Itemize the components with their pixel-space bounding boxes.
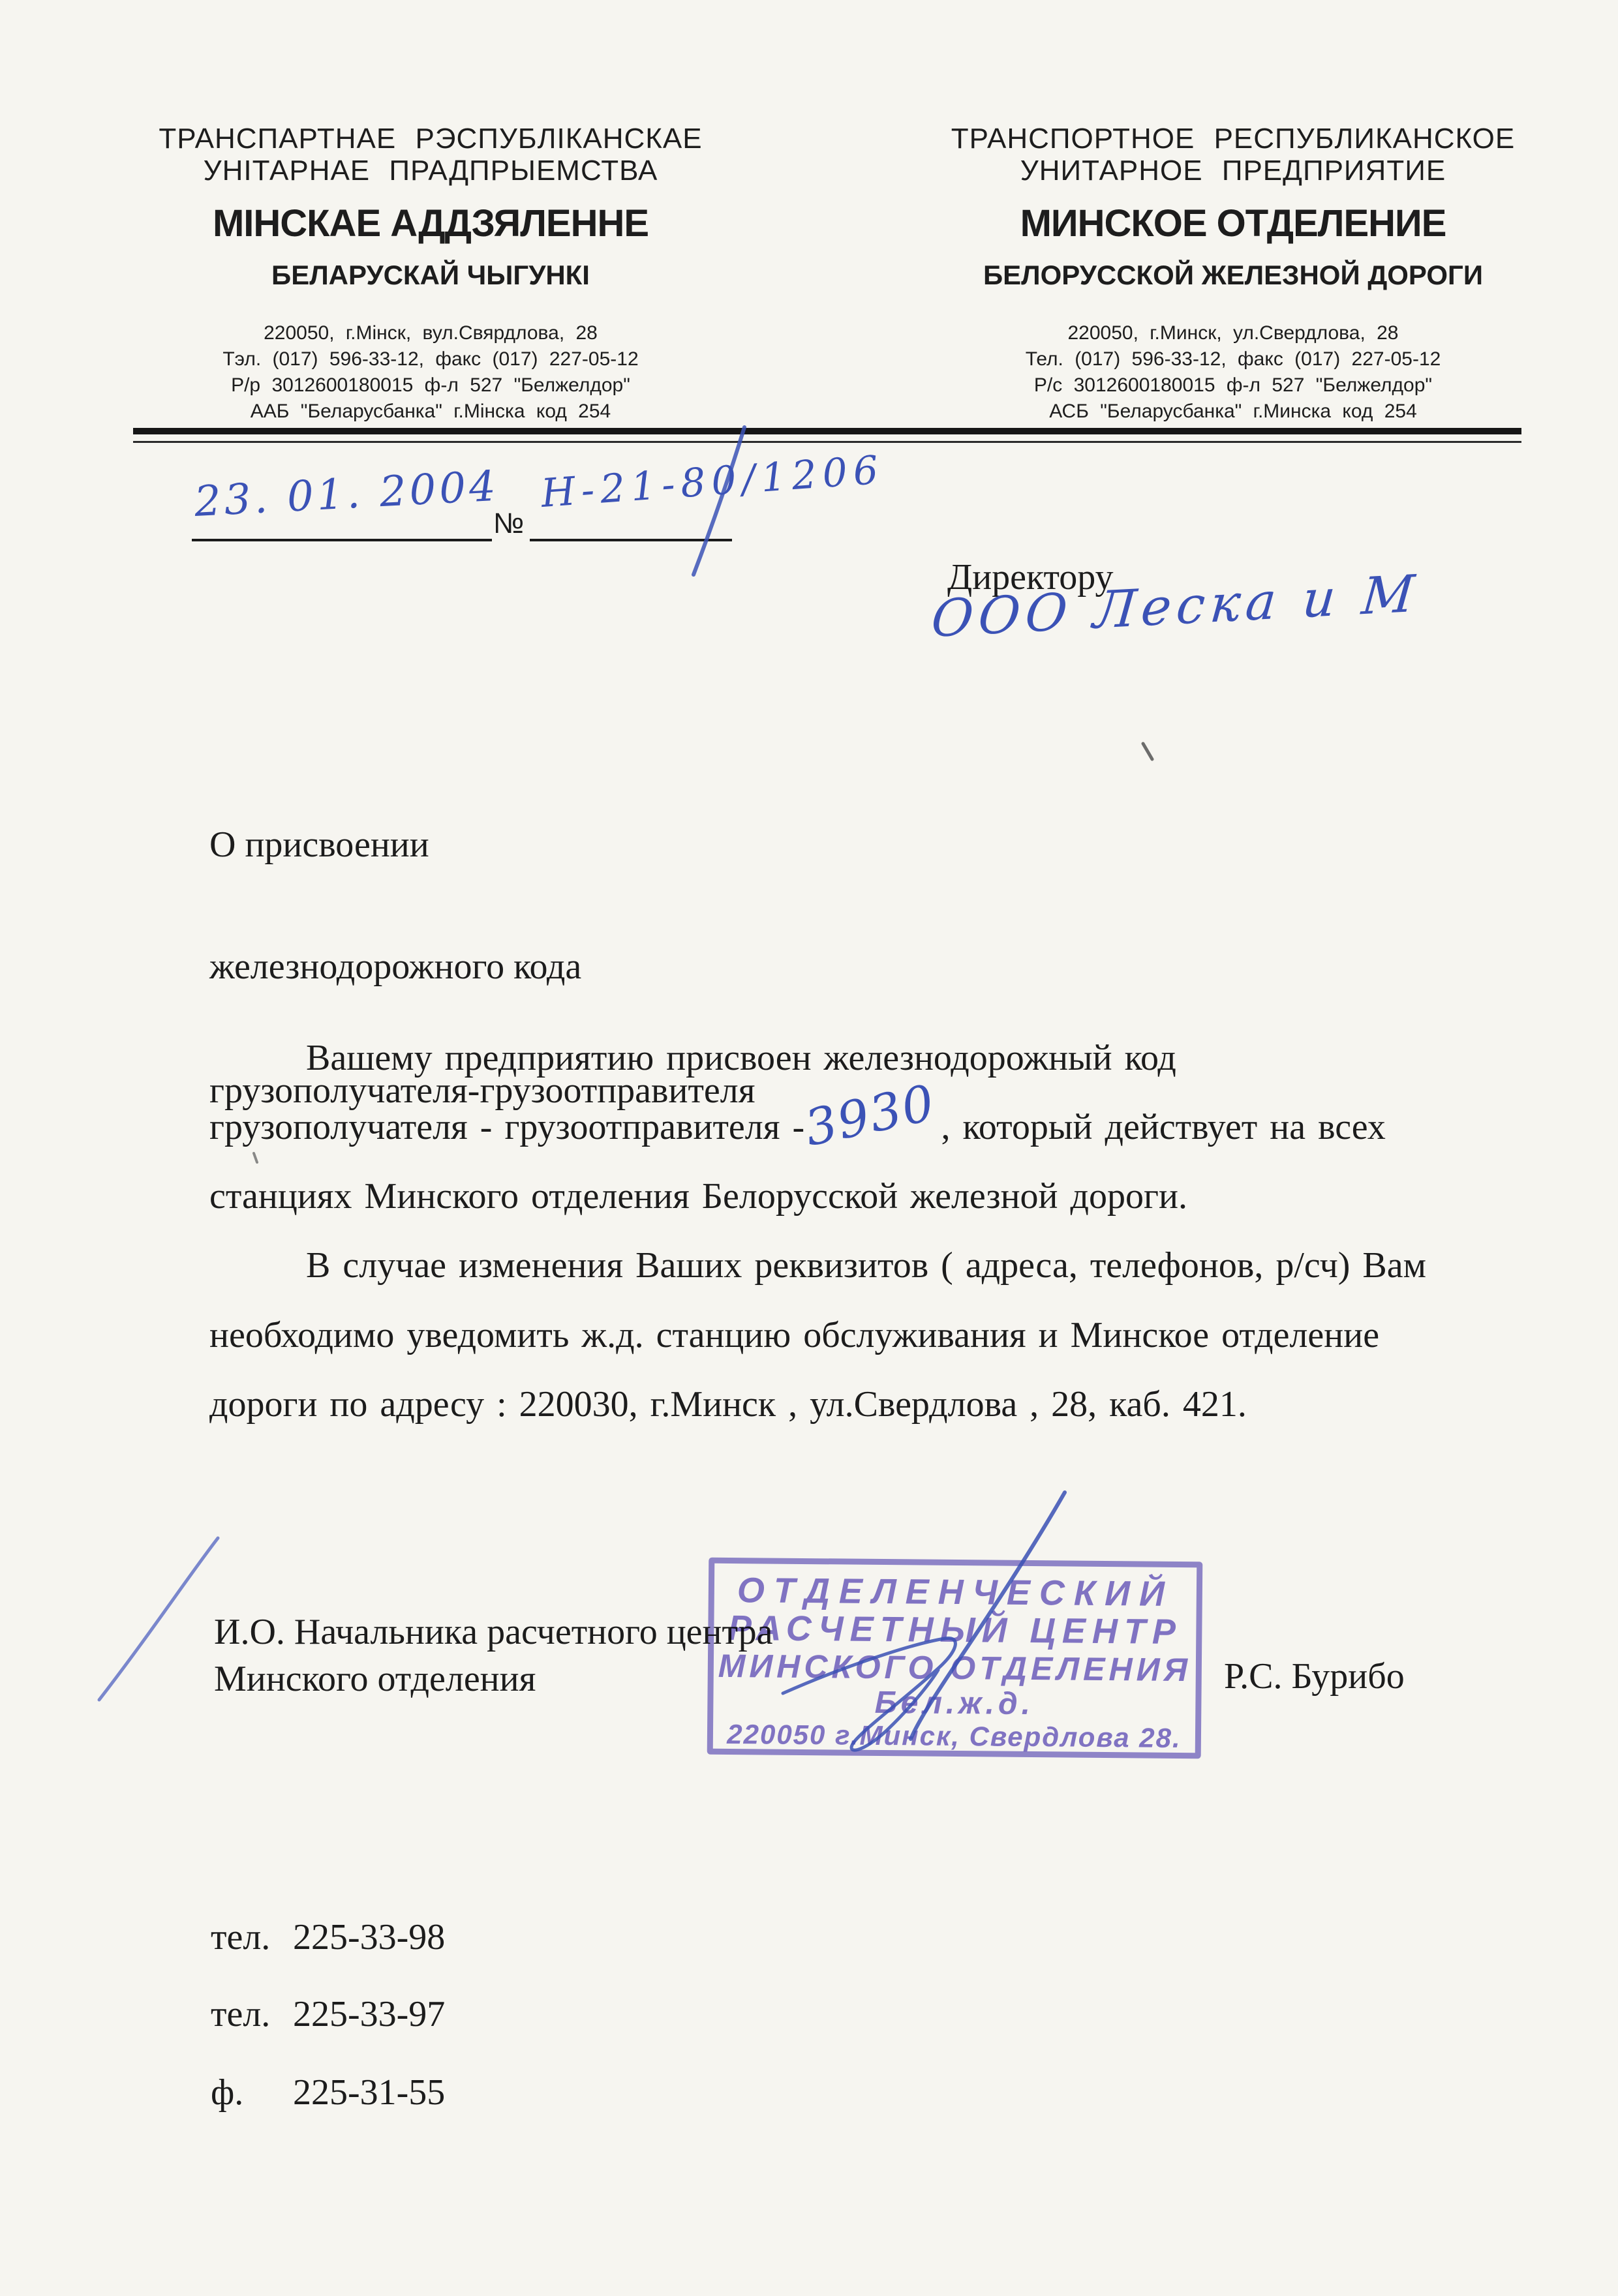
handwritten-ref-number: Н-21-80/1206 bbox=[540, 447, 885, 517]
body-p1-line2: грузополучателя - грузоотправителя -3930… bbox=[209, 1106, 1488, 1148]
handwritten-date: 23. 01. 2004 bbox=[193, 462, 500, 526]
stray-pen-line bbox=[99, 1538, 218, 1700]
letterhead-left-sub-name: БЕЛАРУСКАЙ ЧЫГУНКІ bbox=[144, 260, 718, 291]
scanned-letter-page: ТРАНСПАРТНАЕ РЭСПУБЛІКАНСКАЕ УНІТАРНАЕ П… bbox=[0, 0, 1618, 2296]
body-p1-line1: Вашему предприятию присвоен железнодорож… bbox=[209, 1037, 1585, 1079]
signer-title-line1: И.О. Начальника расчетного центра bbox=[214, 1611, 773, 1653]
date-blank-line bbox=[192, 539, 492, 541]
body-p2-line2: необходимо уведомить ж.д. станцию обслуж… bbox=[209, 1314, 1488, 1356]
ink-speck bbox=[254, 1153, 257, 1162]
contact-phone-2: тел.225-33-97 bbox=[211, 1993, 445, 2035]
letterhead-right-line1: ТРАНСПОРТНОЕ РЕСПУБЛИКАНСКОЕ bbox=[946, 123, 1520, 155]
number-sign: № bbox=[493, 507, 524, 540]
letterhead-left-line2: УНІТАРНАЕ ПРАДПРЫЕМСТВА bbox=[144, 155, 718, 187]
stamp-line-3: МИНСКОГО ОТДЕЛЕНИЯ bbox=[714, 1647, 1196, 1689]
letterhead-right-address-line: Р/с 3012600180015 ф-л 527 "Белжелдор" bbox=[946, 372, 1520, 399]
letterhead-left-address-line: Тэл. (017) 596-33-12, факс (017) 227-05-… bbox=[144, 346, 718, 372]
body-p2-line3: дороги по адресу : 220030, г.Минск , ул.… bbox=[209, 1383, 1488, 1425]
letterhead-left-address-line: Р/р 3012600180015 ф-л 527 "Белжелдор" bbox=[144, 372, 718, 399]
letterhead-divider-thin bbox=[133, 441, 1521, 443]
contact-phone-2-value: 225-33-97 bbox=[293, 1994, 445, 2034]
letterhead-right-address-line: Тел. (017) 596-33-12, факс (017) 227-05-… bbox=[946, 346, 1520, 372]
stamp-line-1: ОТДЕЛЕНЧЕСКИЙ bbox=[714, 1571, 1197, 1613]
office-stamp: ОТДЕЛЕНЧЕСКИЙ РАСЧЕТНЫЙ ЦЕНТР МИНСКОГО О… bbox=[707, 1558, 1203, 1759]
stamp-line-2: РАСЧЕТНЫЙ ЦЕНТР bbox=[714, 1609, 1196, 1651]
contact-fax-label: ф. bbox=[211, 2072, 293, 2113]
body-p1-line2-pre: грузополучателя - грузоотправителя - bbox=[209, 1107, 804, 1147]
letterhead-left-line1: ТРАНСПАРТНАЕ РЭСПУБЛІКАНСКАЕ bbox=[144, 123, 718, 155]
letterhead-left-address: 220050, г.Мінск, вул.Свярдлова, 28 Тэл. … bbox=[144, 320, 718, 425]
body-p1-line2-post: , который действует на всех bbox=[941, 1107, 1386, 1147]
letterhead-divider-thick bbox=[133, 428, 1521, 434]
signer-title-line2: Минского отделения bbox=[214, 1658, 536, 1700]
letterhead-right: ТРАНСПОРТНОЕ РЕСПУБЛИКАНСКОЕ УНИТАРНОЕ П… bbox=[946, 123, 1520, 425]
subject-line-2: железнодорожного кода bbox=[209, 946, 581, 988]
body-p2-line1: В случае изменения Ваших реквизитов ( ад… bbox=[209, 1245, 1585, 1286]
contact-phone-2-label: тел. bbox=[211, 1993, 293, 2035]
letterhead-left-org-name: МІНСКАЕ АДДЗЯЛЕННЕ bbox=[144, 204, 718, 244]
letterhead-left-address-line: ААБ "Беларусбанка" г.Мінска код 254 bbox=[144, 399, 718, 425]
letterhead-left: ТРАНСПАРТНАЕ РЭСПУБЛІКАНСКАЕ УНІТАРНАЕ П… bbox=[144, 123, 718, 425]
stamp-line-4: Бел.ж.д. bbox=[713, 1685, 1195, 1723]
subject-line-1: О присвоении bbox=[209, 824, 429, 866]
contact-fax-value: 225-31-55 bbox=[293, 2072, 445, 2113]
letterhead-right-address-line: 220050, г.Минск, ул.Свердлова, 28 bbox=[946, 320, 1520, 346]
letterhead-left-address-line: 220050, г.Мінск, вул.Свярдлова, 28 bbox=[144, 320, 718, 346]
contact-fax: ф.225-31-55 bbox=[211, 2072, 445, 2113]
letterhead-right-address-line: АСБ "Беларусбанка" г.Минска код 254 bbox=[946, 399, 1520, 425]
letterhead-right-line2: УНИТАРНОЕ ПРЕДПРИЯТИЕ bbox=[946, 155, 1520, 187]
contact-phone-1: тел.225-33-98 bbox=[211, 1916, 445, 1958]
signer-name: Р.С. Бурибо bbox=[1224, 1655, 1405, 1697]
number-blank-line bbox=[530, 539, 732, 541]
contact-phone-1-value: 225-33-98 bbox=[293, 1917, 445, 1957]
letterhead-right-address: 220050, г.Минск, ул.Свердлова, 28 Тел. (… bbox=[946, 320, 1520, 425]
contact-phone-1-label: тел. bbox=[211, 1916, 293, 1958]
letterhead-right-sub-name: БЕЛОРУССКОЙ ЖЕЛЕЗНОЙ ДОРОГИ bbox=[946, 260, 1520, 291]
letterhead-right-org-name: МИНСКОЕ ОТДЕЛЕНИЕ bbox=[946, 204, 1520, 244]
handwritten-railway-code: 3930 bbox=[806, 1102, 934, 1129]
stamp-line-5: 220050 г.Минск, Свердлова 28. bbox=[713, 1719, 1195, 1754]
body-p1-line3: станциях Минского отделения Белорусской … bbox=[209, 1175, 1488, 1217]
ink-speck bbox=[1143, 744, 1152, 759]
